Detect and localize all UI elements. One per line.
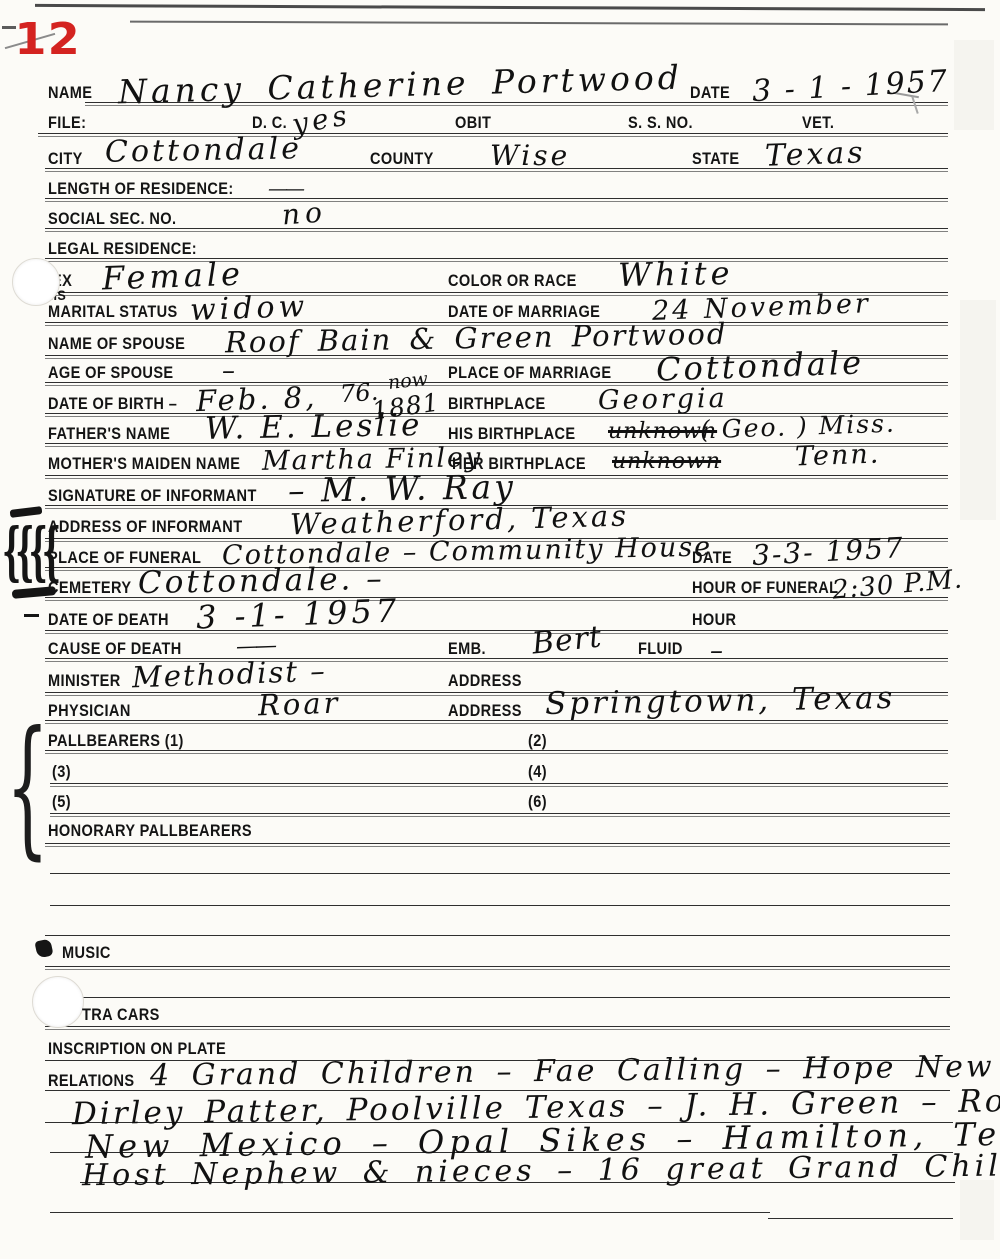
bleedthrough-ghost [960, 1180, 994, 1240]
sex-value: Female [101, 258, 244, 295]
name-of-spouse-label: NAME OF SPOUSE [48, 335, 185, 353]
form-rule [768, 1218, 953, 1219]
form-rule [45, 966, 950, 967]
form-rule [50, 905, 950, 906]
fathers-name-label: FATHER'S NAME [48, 425, 170, 443]
address-of-informant-label: ADDRESS OF INFORMANT [48, 518, 242, 536]
pallbearers-brace-mark: { [6, 712, 49, 862]
bleedthrough-ghost [960, 300, 996, 520]
fluid-label: FLUID [638, 640, 683, 658]
place-of-marriage-value: Cottondale [656, 346, 865, 385]
funeral-date-value: 3-3- 1957 [751, 534, 905, 570]
ssno-label: S. S. NO. [628, 114, 693, 132]
physician-address-value: Springtown, Texas [545, 683, 896, 720]
form-rule [45, 630, 948, 631]
hour-of-funeral-label: HOUR OF FUNERAL [692, 579, 838, 597]
page-number: 12 [14, 14, 80, 65]
pallbearer-slot-2: (2) [528, 732, 547, 750]
state-value: Texas [765, 138, 867, 171]
marital-status-value: widow [190, 292, 309, 326]
music-label: MUSIC [62, 944, 111, 962]
name-label: NAME [48, 84, 92, 102]
color-or-race-value: White [618, 257, 734, 291]
pallbearer-slot-3: (3) [52, 763, 71, 781]
hole-punch [12, 258, 60, 306]
date-of-birth-label: DATE OF BIRTH – [48, 395, 177, 413]
signature-of-informant-label: SIGNATURE OF INFORMANT [48, 487, 257, 505]
file-label: FILE: [48, 114, 86, 132]
obit-label: OBIT [455, 114, 491, 132]
social-sec-no-label: SOCIAL SEC. NO. [48, 210, 176, 228]
physician-label: PHYSICIAN [48, 702, 131, 720]
length-of-residence-value: —— [268, 178, 302, 198]
relations-label: RELATIONS [48, 1072, 134, 1090]
music-ink-blot [34, 939, 53, 959]
emb-label: EMB. [448, 640, 486, 658]
form-rule [45, 843, 950, 844]
form-rule [50, 1212, 770, 1213]
date-label: DATE [690, 84, 730, 102]
form-rule [45, 228, 948, 229]
cause-of-death-label: CAUSE OF DEATH [48, 640, 182, 658]
cemetery-label: CEMETERY [48, 579, 131, 597]
minister-address-label: ADDRESS [448, 672, 522, 690]
form-rule [50, 813, 950, 814]
color-or-race-label: COLOR OR RACE [448, 272, 577, 290]
fathers-name-value: W. E. Leslie [205, 410, 423, 445]
date-of-death-dash-mark [24, 614, 39, 617]
bleedthrough-ghost [954, 40, 994, 130]
minister-label: MINISTER [48, 672, 121, 690]
hour-of-funeral-value: 2:30 P.M. [831, 566, 964, 603]
date-of-death-label: DATE OF DEATH [48, 611, 169, 629]
fluid-value: – [710, 638, 723, 664]
social-sec-no-value: no [281, 198, 328, 229]
his-birthplace-label: HIS BIRTHPLACE [448, 425, 575, 443]
form-rule [45, 1026, 950, 1027]
length-of-residence-label: LENGTH OF RESIDENCE: [48, 180, 234, 198]
pallbearer-slot-5: (5) [52, 793, 71, 811]
birthplace-value: Georgia [598, 385, 728, 414]
legal-residence-label: LEGAL RESIDENCE: [48, 240, 197, 258]
inscription-on-plate-label: INSCRIPTION ON PLATE [48, 1040, 226, 1058]
city-value: Cottondale [105, 134, 302, 167]
city-label: CITY [48, 150, 83, 168]
form-rule [50, 783, 948, 784]
county-label: COUNTY [370, 150, 434, 168]
vet-label: VET. [802, 114, 834, 132]
pallbearer-slot-4: (4) [528, 763, 547, 781]
hour-label: HOUR [692, 611, 736, 629]
name-of-spouse-value: Roof Bain & Green Portwood [225, 320, 728, 358]
mothers-maiden-name-label: MOTHER'S MAIDEN NAME [48, 455, 240, 473]
page-top-edge [35, 4, 985, 11]
county-value: Wise [490, 142, 570, 170]
place-of-marriage-label: PLACE OF MARRIAGE [448, 364, 611, 382]
honorary-pallbearers-label: HONORARY PALLBEARERS [48, 822, 252, 840]
form-top-border [130, 21, 948, 26]
form-rule [50, 873, 950, 874]
physician-value: Roar [258, 689, 341, 721]
date-of-death-value: 3 -1- 1957 [196, 594, 401, 633]
form-rule [50, 997, 950, 998]
hole-punch [32, 976, 84, 1028]
state-label: STATE [692, 150, 739, 168]
form-rule [45, 935, 950, 936]
physician-address-label: ADDRESS [448, 702, 522, 720]
emb-value: Bert [531, 622, 604, 659]
relations-line-4: Host Nephew & nieces – 16 great Grand Ch… [82, 1151, 1000, 1192]
his-birthplace-value: ( Geo. ) Miss. [700, 411, 897, 443]
her-birthplace-struck-value: unknown [612, 451, 721, 473]
dc-label: D. C. [252, 114, 287, 132]
age-of-spouse-value: – [222, 358, 235, 384]
funeral-date-label: DATE [692, 549, 732, 567]
scanned-form-page: 12 {{{{ { NAME Nancy Catherine Portwood … [0, 0, 1000, 1259]
pallbearer-slot-6: (6) [528, 793, 547, 811]
birthplace-label: BIRTHPLACE [448, 395, 546, 413]
pallbearers-label: PALLBEARERS (1) [48, 732, 184, 750]
marital-status-label: MARITAL STATUS [48, 303, 178, 321]
extra-cars-label: TRA CARS [82, 1006, 160, 1024]
her-birthplace-value: Tenn. [795, 441, 881, 471]
age-of-spouse-label: AGE OF SPOUSE [48, 364, 174, 382]
